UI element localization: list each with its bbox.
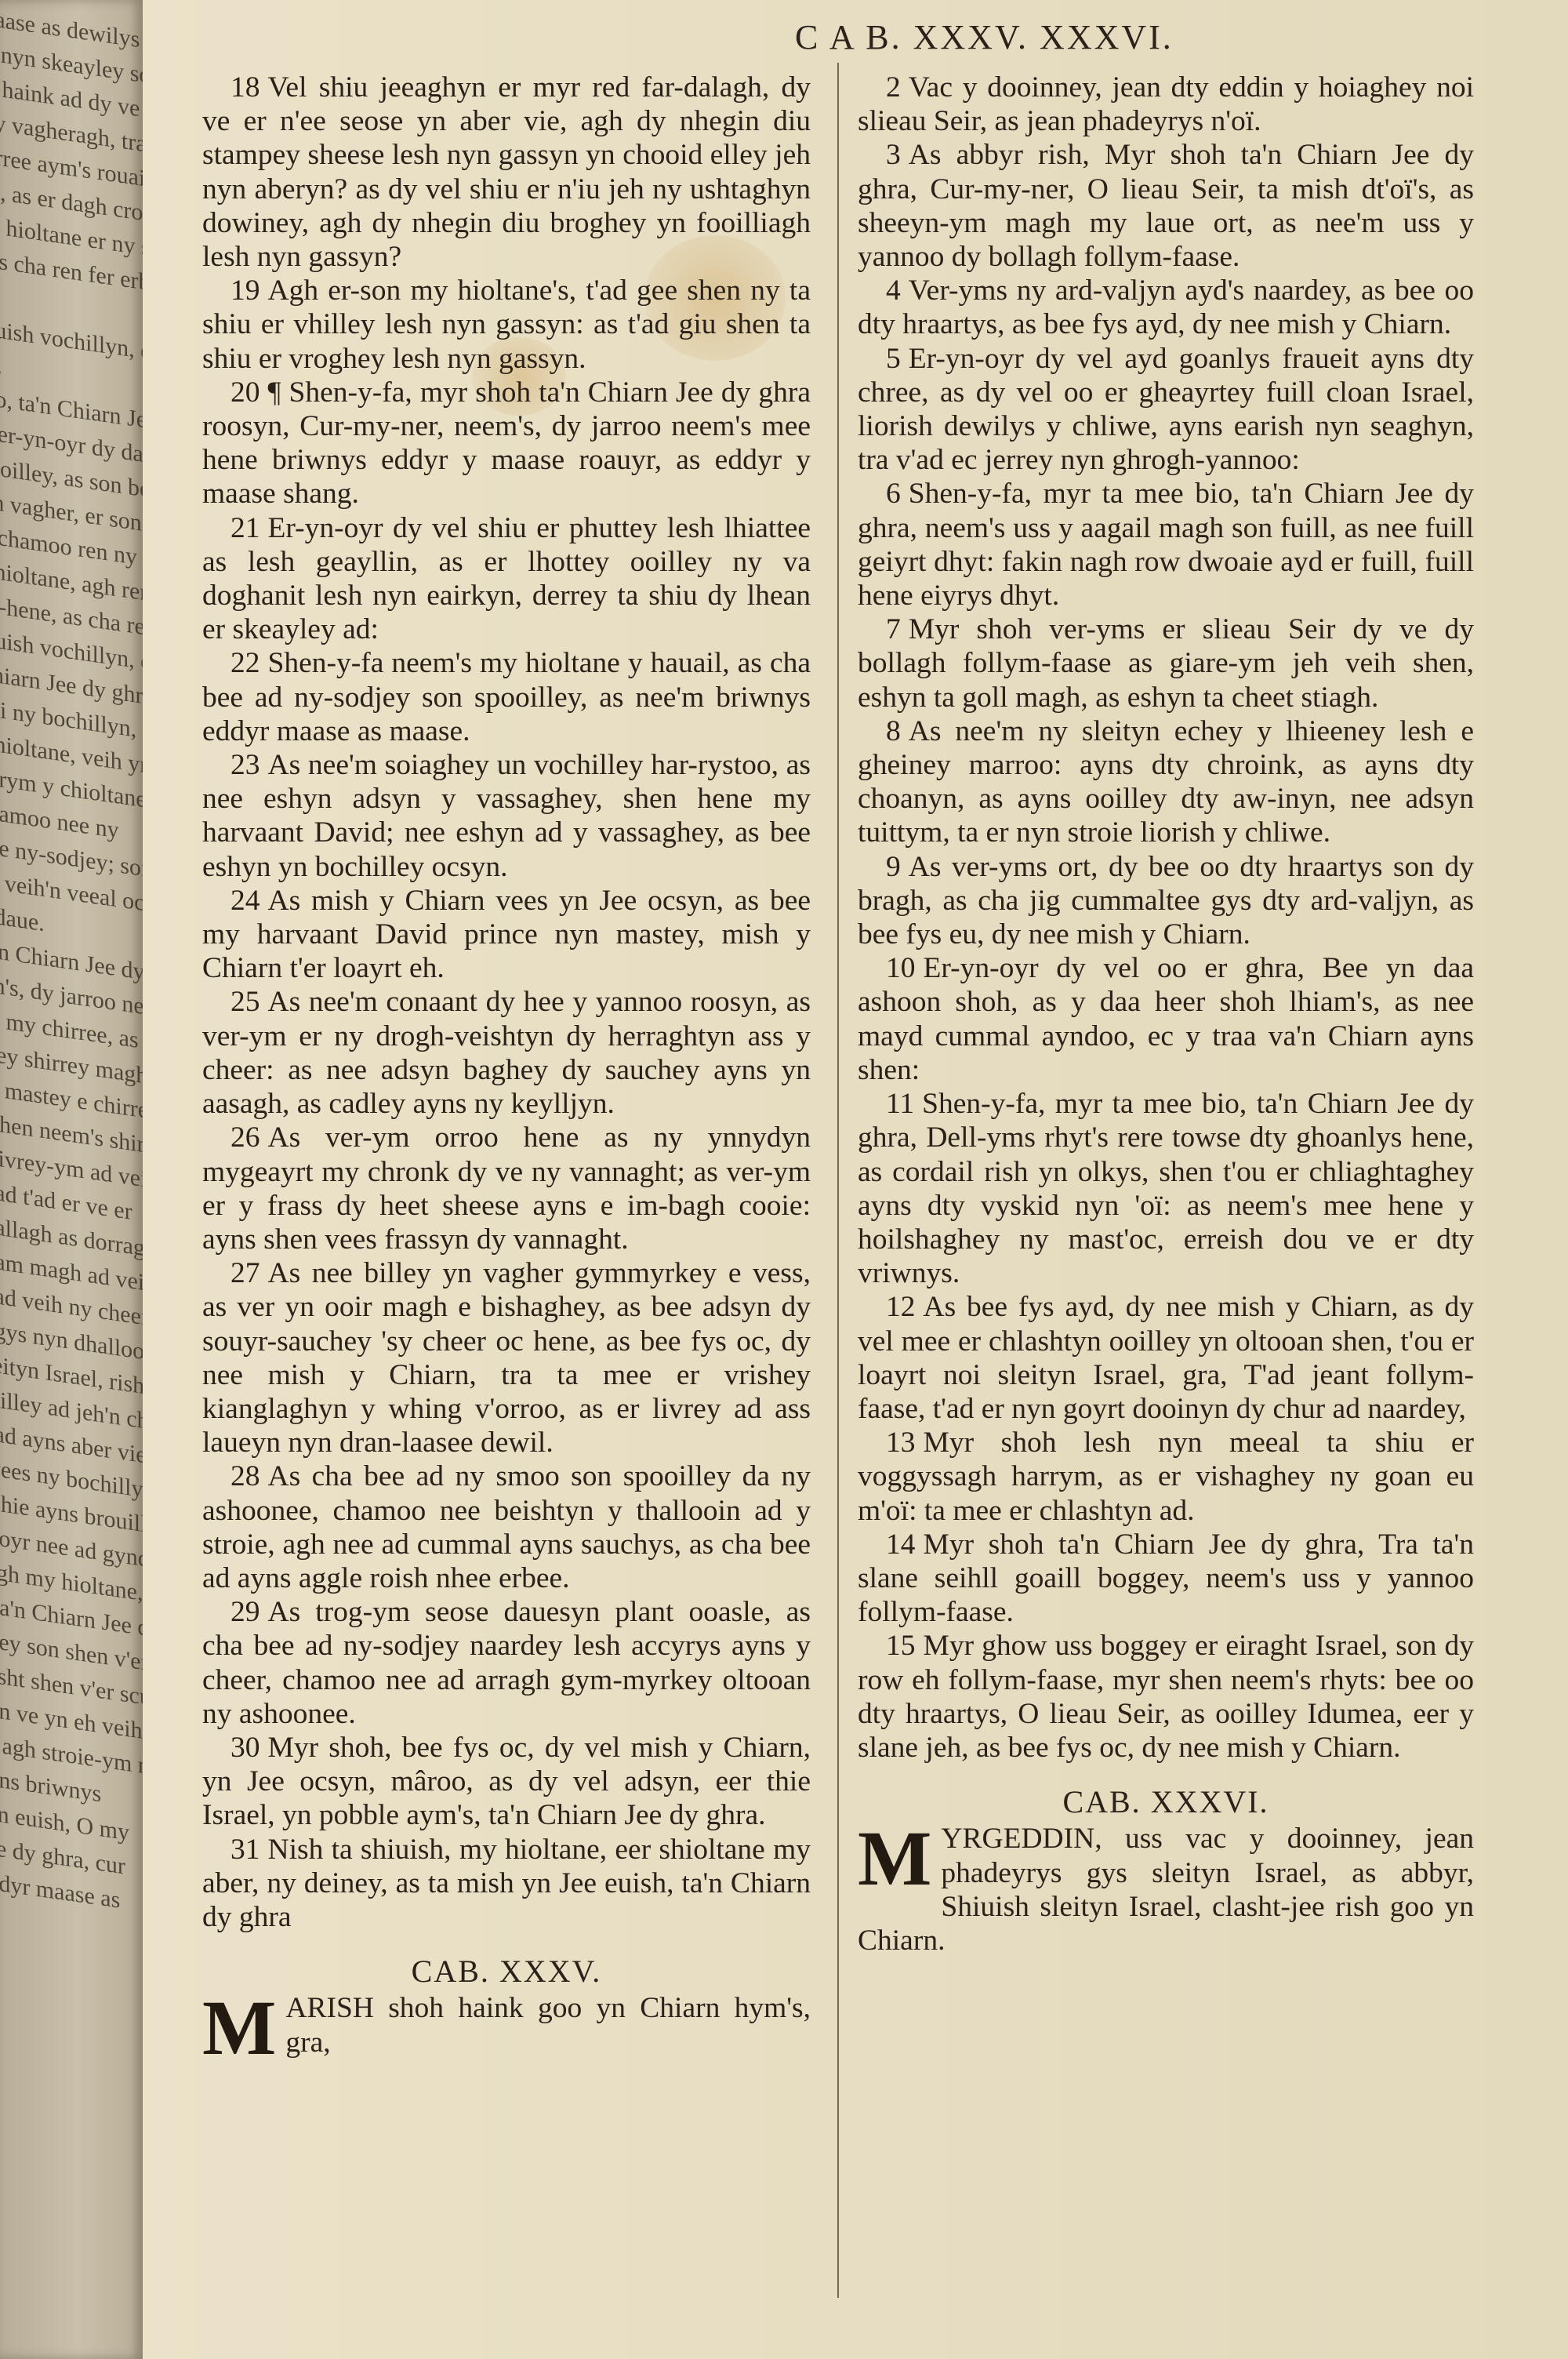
verse-text: As abbyr rish, Myr shoh ta'n Chiarn Jee … [858,139,1474,273]
facing-page-text: maase as dewilys taer nyn skeayley sonas… [0,0,143,1925]
verse-text: Myr shoh ta'n Chiarn Jee dy ghra, Tra ta… [858,1528,1474,1628]
verse-text: Shen-y-fa, myr ta mee bio, ta'n Chiarn J… [858,1088,1474,1289]
opening-caps: YRGEDDIN, [941,1823,1102,1855]
verse-number: 14 [886,1528,916,1561]
verse-text: Ver-yms ny ard-valjyn ayd's naardey, as … [858,274,1474,340]
verse-list: 18Vel shiu jeeaghyn er myr red far-dalag… [202,71,811,1934]
verse-number: 5 [886,343,901,375]
left-column: 18Vel shiu jeeaghyn er myr red far-dalag… [202,71,811,2060]
verse-number: 25 [230,986,260,1018]
verse-number: 23 [230,749,260,781]
verse-list: 2Vac y dooinney, jean dty eddin y hoiagh… [858,71,1474,1765]
verse: 8As nee'm ny sleityn echey y lhieeney le… [858,714,1474,850]
verse-text: Er-yn-oyr dy vel oo er ghra, Bee yn daa … [858,952,1474,1086]
verse: 30Myr shoh, bee fys oc, dy vel mish y Ch… [202,1731,811,1833]
verse: 11Shen-y-fa, myr ta mee bio, ta'n Chiarn… [858,1087,1474,1290]
drop-cap: M [858,1826,931,1891]
verse-number: 9 [886,851,901,883]
verse-number: 21 [230,512,260,544]
verse-number: 27 [230,1257,260,1289]
verse-text: Shen-y-fa neem's my hioltane y hauail, a… [202,647,811,747]
verse-text: As nee'm ny sleityn echey y lhieeney les… [858,715,1474,849]
verse-number: 30 [230,1732,260,1764]
column-divider [837,63,839,2298]
verse-text: As nee billey yn vagher gymmyrkey e vess… [202,1257,811,1459]
chapter-opening: M ARISH shoh haink goo yn Chiarn hym's, … [202,1991,811,2059]
chapter-heading: CAB. XXXVI. [858,1785,1474,1819]
verse: 6Shen-y-fa, myr ta mee bio, ta'n Chiarn … [858,477,1474,612]
verse-number: 29 [230,1596,260,1628]
verse-text: Shen-y-fa, myr shoh ta'n Chiarn Jee dy g… [202,376,811,511]
verse: 22Shen-y-fa neem's my hioltane y hauail,… [202,646,811,748]
verse: 28As cha bee ad ny smoo son spooilley da… [202,1459,811,1595]
facing-page: maase as dewilys taer nyn skeayley sonas… [0,0,143,2359]
verse: 13Myr shoh lesh nyn meeal ta shiu er vog… [858,1426,1474,1528]
verse-number: 8 [886,715,901,747]
verse-text: Myr shoh lesh nyn meeal ta shiu er voggy… [858,1427,1474,1526]
verse-text: Shen-y-fa, myr ta mee bio, ta'n Chiarn J… [858,478,1474,612]
verse: 14Myr shoh ta'n Chiarn Jee dy ghra, Tra … [858,1528,1474,1630]
verse: 23As nee'm soiaghey un vochilley har-rys… [202,748,811,884]
verse-text: Myr ghow uss boggey er eiraght Israel, s… [858,1630,1474,1764]
verse-text: Myr shoh ver-yms er slieau Seir dy ve dy… [858,613,1474,713]
drop-cap: M [202,1996,276,2060]
verse-number: 26 [230,1121,260,1154]
verse: 27As nee billey yn vagher gymmyrkey e ve… [202,1256,811,1459]
verse-number: 22 [230,647,260,679]
verse: 19Agh er-son my hioltane's, t'ad gee she… [202,274,811,376]
verse-text: Myr shoh, bee fys oc, dy vel mish y Chia… [202,1732,811,1831]
verse-text: As cha bee ad ny smoo son spooilley da n… [202,1460,811,1594]
verse-number: 7 [886,613,901,645]
verse: 31Nish ta shiuish, my hioltane, eer shio… [202,1833,811,1935]
verse-number: 28 [230,1460,260,1492]
verse: 24As mish y Chiarn vees yn Jee ocsyn, as… [202,884,811,986]
verse: 29As trog-ym seose dauesyn plant ooasle,… [202,1595,811,1731]
right-column: 2Vac y dooinney, jean dty eddin y hoiagh… [858,71,1474,1957]
verse-number: 18 [230,71,260,104]
verse-text: As nee'm soiaghey un vochilley har-rysto… [202,749,811,883]
verse-number: 20 ¶ [230,376,281,409]
verse: 7Myr shoh ver-yms er slieau Seir dy ve d… [858,612,1474,714]
verse: 3As abbyr rish, Myr shoh ta'n Chiarn Jee… [858,138,1474,274]
verse: 20 ¶Shen-y-fa, myr shoh ta'n Chiarn Jee … [202,376,811,511]
verse-number: 6 [886,478,901,510]
verse-number: 13 [886,1427,916,1459]
chapter-heading: CAB. XXXV. [202,1954,811,1988]
verse-text: Er-yn-oyr dy vel shiu er phuttey lesh lh… [202,512,811,646]
verse-text: As bee fys ayd, dy nee mish y Chiarn, as… [858,1291,1474,1425]
verse-text: Vel shiu jeeaghyn er myr red far-dalagh,… [202,71,811,273]
verse-number: 3 [886,139,901,171]
verse-text: As mish y Chiarn vees yn Jee ocsyn, as b… [202,885,811,984]
verse-number: 24 [230,885,260,917]
verse-number: 4 [886,274,901,307]
verse-text: Nish ta shiuish, my hioltane, eer shiolt… [202,1834,811,1933]
verse-number: 31 [230,1834,260,1866]
book-page: C A B. XXXV. XXXVI. 18Vel shiu jeeaghyn … [143,0,1568,2359]
verse: 12As bee fys ayd, dy nee mish y Chiarn, … [858,1290,1474,1426]
verse-text: Er-yn-oyr dy vel ayd goanlys fraueit ayn… [858,343,1474,477]
verse-text: As nee'm conaant dy hee y yannoo roosyn,… [202,986,811,1120]
verse-number: 11 [886,1088,914,1120]
verse-number: 10 [886,952,916,984]
verse: 10Er-yn-oyr dy vel oo er ghra, Bee yn da… [858,951,1474,1087]
running-head: C A B. XXXV. XXXVI. [795,17,1174,57]
verse-text: As trog-ym seose dauesyn plant ooasle, a… [202,1596,811,1730]
verse: 2Vac y dooinney, jean dty eddin y hoiagh… [858,71,1474,138]
verse: 25As nee'm conaant dy hee y yannoo roosy… [202,985,811,1121]
chapter-opening: M YRGEDDIN, uss vac y dooinney, jean pha… [858,1822,1474,1957]
verse-text: As ver-ym orroo hene as ny ynnydyn mygea… [202,1121,811,1256]
verse: 15Myr ghow uss boggey er eiraght Israel,… [858,1629,1474,1765]
verse-number: 12 [886,1291,916,1323]
verse-text: Agh er-son my hioltane's, t'ad gee shen … [202,274,811,374]
verse: 4Ver-yms ny ard-valjyn ayd's naardey, as… [858,274,1474,341]
verse: 21Er-yn-oyr dy vel shiu er phuttey lesh … [202,511,811,647]
verse: 5Er-yn-oyr dy vel ayd goanlys fraueit ay… [858,342,1474,478]
verse: 26As ver-ym orroo hene as ny ynnydyn myg… [202,1121,811,1256]
verse-text: Vac y dooinney, jean dty eddin y hoiaghe… [858,71,1474,137]
verse-text: As ver-yms ort, dy bee oo dty hraartys s… [858,851,1474,951]
verse-number: 15 [886,1630,916,1662]
opening-caps: ARISH [285,1992,374,2024]
verse-number: 19 [230,274,260,307]
verse: 18Vel shiu jeeaghyn er myr red far-dalag… [202,71,811,274]
verse: 9As ver-yms ort, dy bee oo dty hraartys … [858,850,1474,952]
verse-number: 2 [886,71,901,104]
